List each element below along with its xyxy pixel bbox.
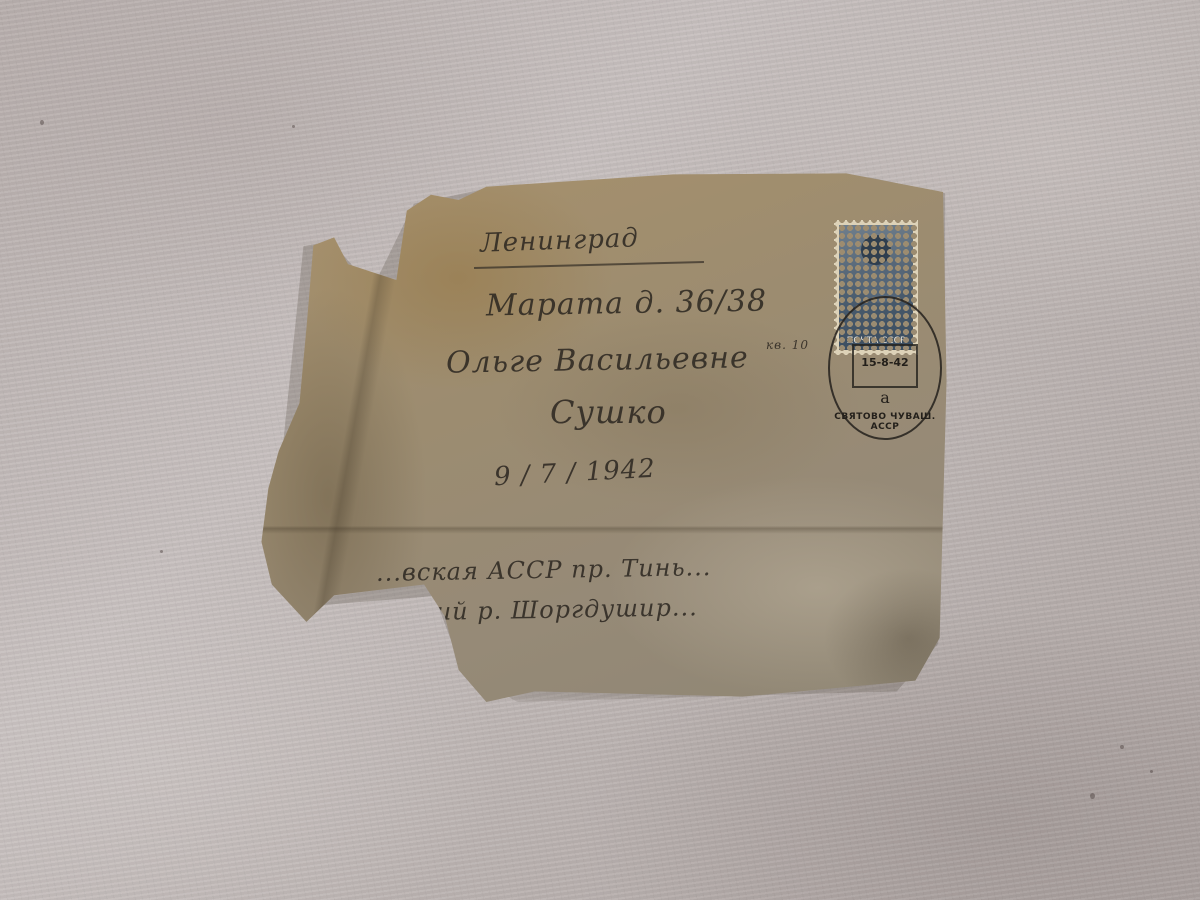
- addressee-name: Ольге Васильевне: [446, 340, 749, 380]
- sender-line-2: ...ский р. Шоргдушир...: [380, 593, 698, 627]
- wall-speck: [40, 120, 44, 125]
- wall-speck: [1150, 770, 1153, 773]
- address-city: Ленинград: [480, 223, 640, 259]
- postmark-cancellation: 15-8-42 а СВЯТОВО ЧУВАШ. АССР: [828, 296, 942, 440]
- address-apartment: кв. 10: [766, 338, 809, 352]
- postmark-date: 15-8-42: [854, 356, 916, 369]
- aviator-portrait-icon: [861, 235, 891, 265]
- envelope: Ленинград Марата д. 36/38 кв. 10 Ольге В…: [258, 168, 950, 702]
- addressee-surname: Сушко: [550, 393, 667, 431]
- sender-line-1: ...вская АССР пр. Тинь...: [376, 553, 712, 587]
- wall-speck: [292, 125, 295, 128]
- postmark-letter: а: [830, 388, 940, 407]
- postmark-date-box: 15-8-42: [852, 344, 918, 388]
- wall-speck: [1090, 793, 1095, 799]
- address-street: Марата д. 36/38: [486, 284, 768, 324]
- wall-speck: [160, 550, 163, 553]
- postmark-ring-text: СВЯТОВО ЧУВАШ. АССР: [830, 412, 940, 432]
- wall-speck: [1120, 745, 1124, 749]
